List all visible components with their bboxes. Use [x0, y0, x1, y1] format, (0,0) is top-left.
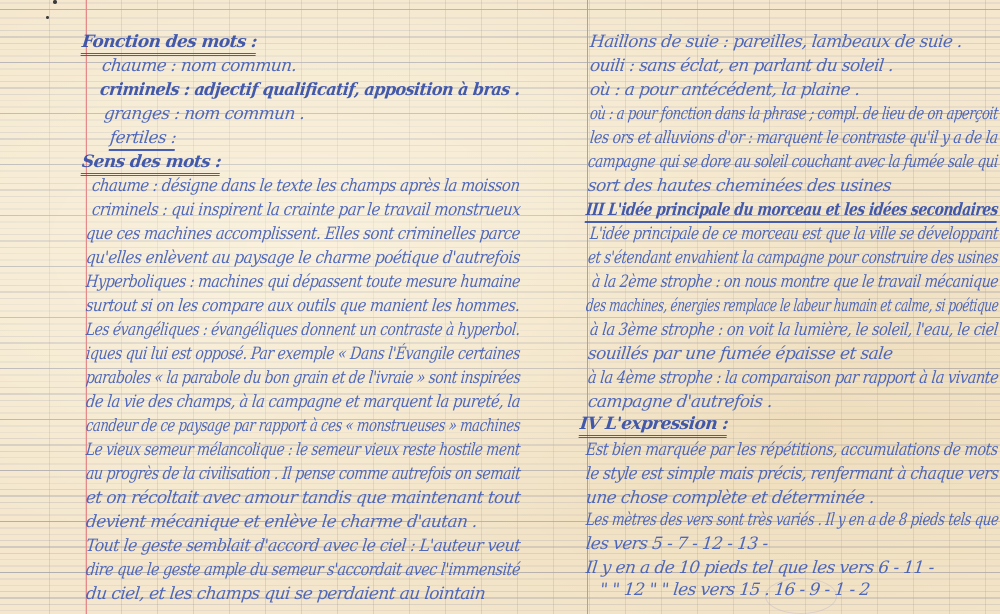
text-line: et s'étendant envahient la campagne pour…	[587, 248, 999, 268]
text-line: campagne d'autrefois .	[587, 392, 773, 412]
text-line: iques qui lui est opposé. Par exemple « …	[85, 344, 521, 364]
text-line: paraboles « la parabole du bon grain et …	[85, 368, 521, 388]
heading-fonction-des-mots: Fonction des mots :	[81, 32, 258, 52]
text-line: à la 4ème strophe : la comparaison par r…	[587, 368, 999, 388]
heading-sens-des-mots: Sens des mots :	[81, 152, 222, 172]
text-line: dire que le geste ample du semeur s'acco…	[85, 560, 521, 580]
text-line: Le vieux semeur mélancolique : le semeur…	[85, 440, 521, 460]
text-line: qu'elles enlèvent au paysage le charme p…	[85, 248, 521, 268]
text-line: et on récoltait avec amour tandis que ma…	[85, 488, 521, 508]
text-line: ouili : sans éclat, en parlant du soleil…	[589, 56, 894, 76]
heading-idee-principale: III L'idée principale du morceau et les …	[585, 200, 999, 220]
text-line: Les mètres des vers sont très variés . I…	[585, 510, 1000, 530]
text-line: surtout si on les compare aux outils que…	[85, 296, 521, 316]
text-line: du ciel, et les champs qui se perdaient …	[85, 584, 486, 604]
text-line: le style est simple mais précis, renferm…	[585, 464, 1000, 484]
text-line: que ces machines accomplissent. Elles so…	[85, 224, 521, 244]
text-line: chaume : désigne dans le texte les champ…	[91, 176, 521, 196]
text-line: où : a pour antécédent, la plaine .	[589, 80, 861, 100]
text-line: où : a pour fonction dans la phrase ; co…	[589, 104, 999, 124]
text-line: Est bien marquée par les répétitions, ac…	[585, 440, 999, 460]
text-line: fertiles :	[109, 128, 177, 148]
text-line: candeur de ce paysage par rapport à ces …	[85, 416, 521, 436]
text-line: Il y en a de 10 pieds tel que les vers 6…	[585, 558, 935, 578]
text-line: des machines, énergies remplace le labeu…	[585, 296, 999, 316]
text-line: Haillons de suie : pareilles, lambeaux d…	[589, 32, 963, 52]
text-line: criminels : adjectif qualificatif, appos…	[99, 80, 521, 100]
text-line: Hyperboliques : machines qui dépassent t…	[85, 272, 521, 292]
text-line: campagne qui se dore au soleil couchant …	[587, 152, 999, 172]
text-line: Les évangéliques : évangéliques donnent …	[85, 320, 521, 340]
text-line: Tout le geste semblait d'accord avec le …	[85, 536, 521, 556]
text-line: L'idée principale de ce morceau est que …	[589, 224, 999, 244]
text-line: sort des hautes cheminées des usines	[587, 176, 892, 196]
text-line: souillés par une fumée épaisse et sale	[587, 344, 894, 364]
faded-stamp	[765, 578, 837, 614]
text-line: les vers 5 - 7 - 12 - 13 -	[585, 534, 769, 554]
ink-speck	[53, 0, 57, 4]
text-line: les ors et alluvions d'or : marquent le …	[589, 128, 999, 148]
text-line: au progrès de la civilisation . Il pense…	[85, 464, 521, 484]
text-line: à la 3ème strophe : on voit la lumière, …	[589, 320, 999, 340]
text-line: chaume : nom commun.	[101, 56, 297, 76]
text-line: de la vie des champs, à la campagne et m…	[85, 392, 521, 412]
text-line: une chose complète et déterminée .	[585, 488, 875, 508]
text-line: devient mécanique et enlève le charme d'…	[85, 512, 478, 532]
heading-expression: IV L'expression :	[579, 414, 729, 434]
text-line: granges : nom commun .	[103, 104, 306, 124]
text-line: criminels : qui inspirent la crainte par…	[91, 200, 521, 220]
ink-speck	[46, 16, 49, 19]
text-line: à la 2ème strophe : on nous montre que l…	[591, 272, 999, 292]
